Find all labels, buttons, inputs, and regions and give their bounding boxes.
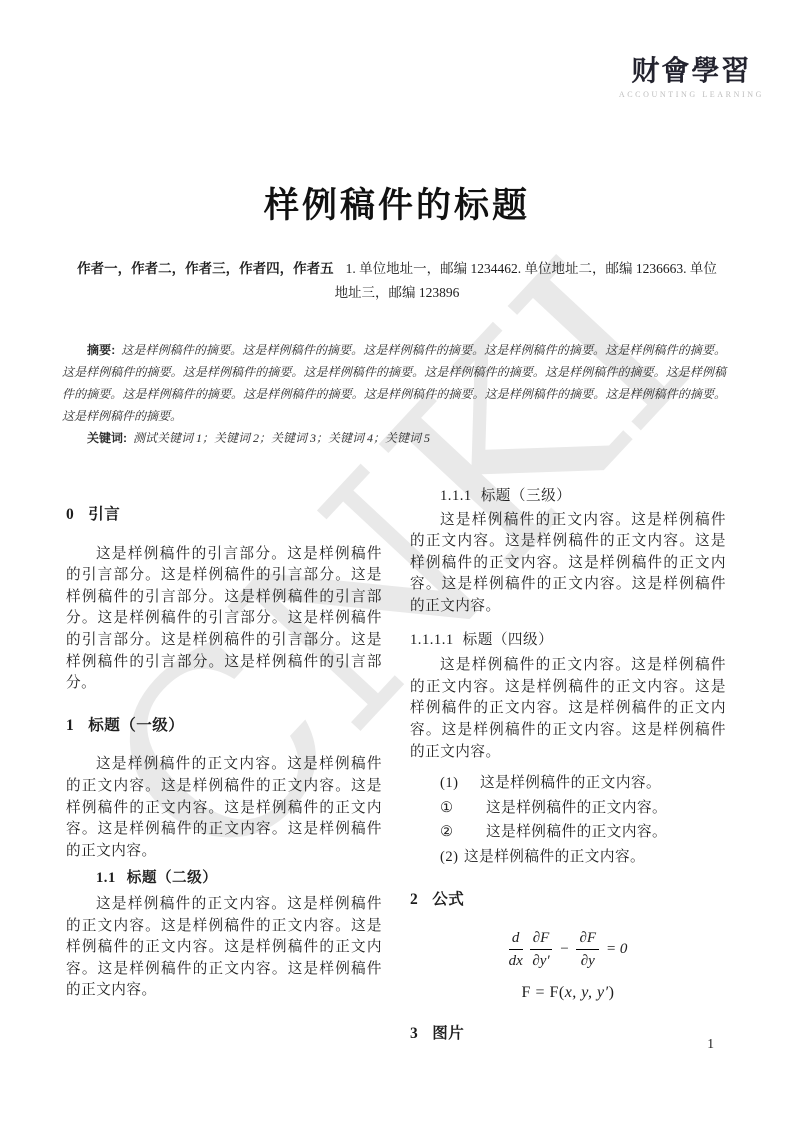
euler-lagrange-equation: d dx ∂F ∂y′ − ∂F ∂y = 0 [410,929,726,970]
numbered-list: (1)这是样例稿件的正文内容。 ①这是样例稿件的正文内容。 ②这是样例稿件的正文… [410,771,726,869]
abstract-block: 摘要:这是样例稿件的摘要。这是样例稿件的摘要。这是样例稿件的摘要。这是样例稿件的… [62,339,726,449]
abstract-label: 摘要: [87,343,115,357]
heading-text: 标题（二级） [127,870,218,886]
list-text: 这是样例稿件的正文内容。 [486,800,667,816]
equals-zero: = 0 [606,940,627,958]
heading-number: 0 [66,506,74,523]
byline: 作者一，作者二，作者三，作者四，作者五1. 单位地址一，邮编 1234462. … [77,257,717,305]
heading-text: 标题（三级） [481,488,572,504]
document-page: CNKI 财會學習 ACCOUNTING LEARNING 样例稿件的标题 作者… [0,0,794,1123]
denominator: ∂y′ [530,950,553,970]
abstract-paragraph: 摘要:这是样例稿件的摘要。这是样例稿件的摘要。这是样例稿件的摘要。这是样例稿件的… [62,339,726,427]
list-text: 这是样例稿件的正文内容。 [480,775,661,791]
journal-logo-chinese: 财會學習 [619,56,764,88]
numerator: d [509,929,523,950]
heading-text: 引言 [88,506,120,523]
numerator: ∂F [530,929,553,950]
affiliations: 1. 单位地址一，邮编 1234462. 单位地址二，邮编 1236663. 单… [334,261,717,300]
list-marker: ① [440,796,486,821]
keywords-label: 关键词: [87,431,127,445]
heading-number: 3 [410,1025,418,1042]
section1-paragraph: 这是样例稿件的正文内容。这是样例稿件的正文内容。这是样例稿件的正文内容。这是样例… [66,754,382,862]
keywords-text: 测试关键词 1；关键词 2；关键词 3；关键词 4；关键词 5 [133,431,430,445]
heading-number: 1 [66,717,74,734]
authors-list: 作者一，作者二，作者三，作者四，作者五 [77,261,334,276]
heading-level2: 1.1标题（二级） [66,868,382,890]
equation-block: d dx ∂F ∂y′ − ∂F ∂y = 0 F = F(x, y, y [410,929,726,1004]
heading-number: 1.1.1 [440,488,472,504]
heading-number: 1.1.1.1 [410,632,454,648]
heading-formula: 2公式 [410,889,726,911]
heading-level3: 1.1.1标题（三级） [410,486,726,508]
heading-image-section: 3图片 [410,1023,726,1045]
list-marker: ② [440,820,486,845]
heading-level1: 1标题（一级） [66,715,382,737]
two-column-body: 0引言 这是样例稿件的引言部分。这是样例稿件的引言部分。这是样例稿件的引言部分。… [66,478,726,1063]
list-marker: (2) [440,845,464,870]
fraction: ∂F ∂y [576,929,599,970]
numerator: ∂F [576,929,599,950]
heading-introduction: 0引言 [66,504,382,526]
article-title: 样例稿件的标题 [0,178,794,228]
section111-paragraph: 这是样例稿件的正文内容。这是样例稿件的正文内容。这是样例稿件的正文内容。这是样例… [410,510,726,618]
list-item: (2)这是样例稿件的正文内容。 [410,845,726,870]
section11-paragraph: 这是样例稿件的正文内容。这是样例稿件的正文内容。这是样例稿件的正文内容。这是样例… [66,894,382,1002]
function-definition-equation: F = F(x, y, y′) [410,982,726,1004]
eq2-prefix: F = F( [522,984,565,1001]
list-marker: (1) [440,771,480,796]
list-item: ①这是样例稿件的正文内容。 [410,796,726,821]
introduction-paragraph: 这是样例稿件的引言部分。这是样例稿件的引言部分。这是样例稿件的引言部分。这是样例… [66,544,382,695]
fraction: d dx [509,929,523,970]
list-item: (1)这是样例稿件的正文内容。 [410,771,726,796]
denominator: ∂y [576,950,599,970]
journal-logo-english: ACCOUNTING LEARNING [619,90,764,99]
eq2-suffix: ) [609,984,615,1001]
heading-level4: 1.1.1.1标题（四级） [410,630,726,652]
heading-text: 公式 [432,891,464,908]
list-text: 这是样例稿件的正文内容。 [486,824,667,840]
heading-number: 1.1 [96,870,116,886]
list-item: ②这是样例稿件的正文内容。 [410,820,726,845]
list-text: 这是样例稿件的正文内容。 [464,849,645,865]
fraction: ∂F ∂y′ [530,929,553,970]
section1111-paragraph: 这是样例稿件的正文内容。这是样例稿件的正文内容。这是样例稿件的正文内容。这是样例… [410,655,726,763]
page-number: 1 [707,1036,714,1052]
right-column: 1.1.1标题（三级） 这是样例稿件的正文内容。这是样例稿件的正文内容。这是样例… [410,478,726,1063]
heading-number: 2 [410,891,418,908]
journal-logo: 财會學習 ACCOUNTING LEARNING [619,56,764,99]
minus-sign: − [559,940,569,958]
heading-text: 标题（四级） [463,632,554,648]
abstract-text: 这是样例稿件的摘要。这是样例稿件的摘要。这是样例稿件的摘要。这是样例稿件的摘要。… [62,343,726,423]
keywords-paragraph: 关键词:测试关键词 1；关键词 2；关键词 3；关键词 4；关键词 5 [62,427,726,449]
heading-text: 图片 [432,1025,464,1042]
denominator: dx [509,950,523,970]
left-column: 0引言 这是样例稿件的引言部分。这是样例稿件的引言部分。这是样例稿件的引言部分。… [66,478,382,1063]
heading-text: 标题（一级） [88,717,184,734]
eq2-variables: x, y, y′ [565,984,609,1001]
